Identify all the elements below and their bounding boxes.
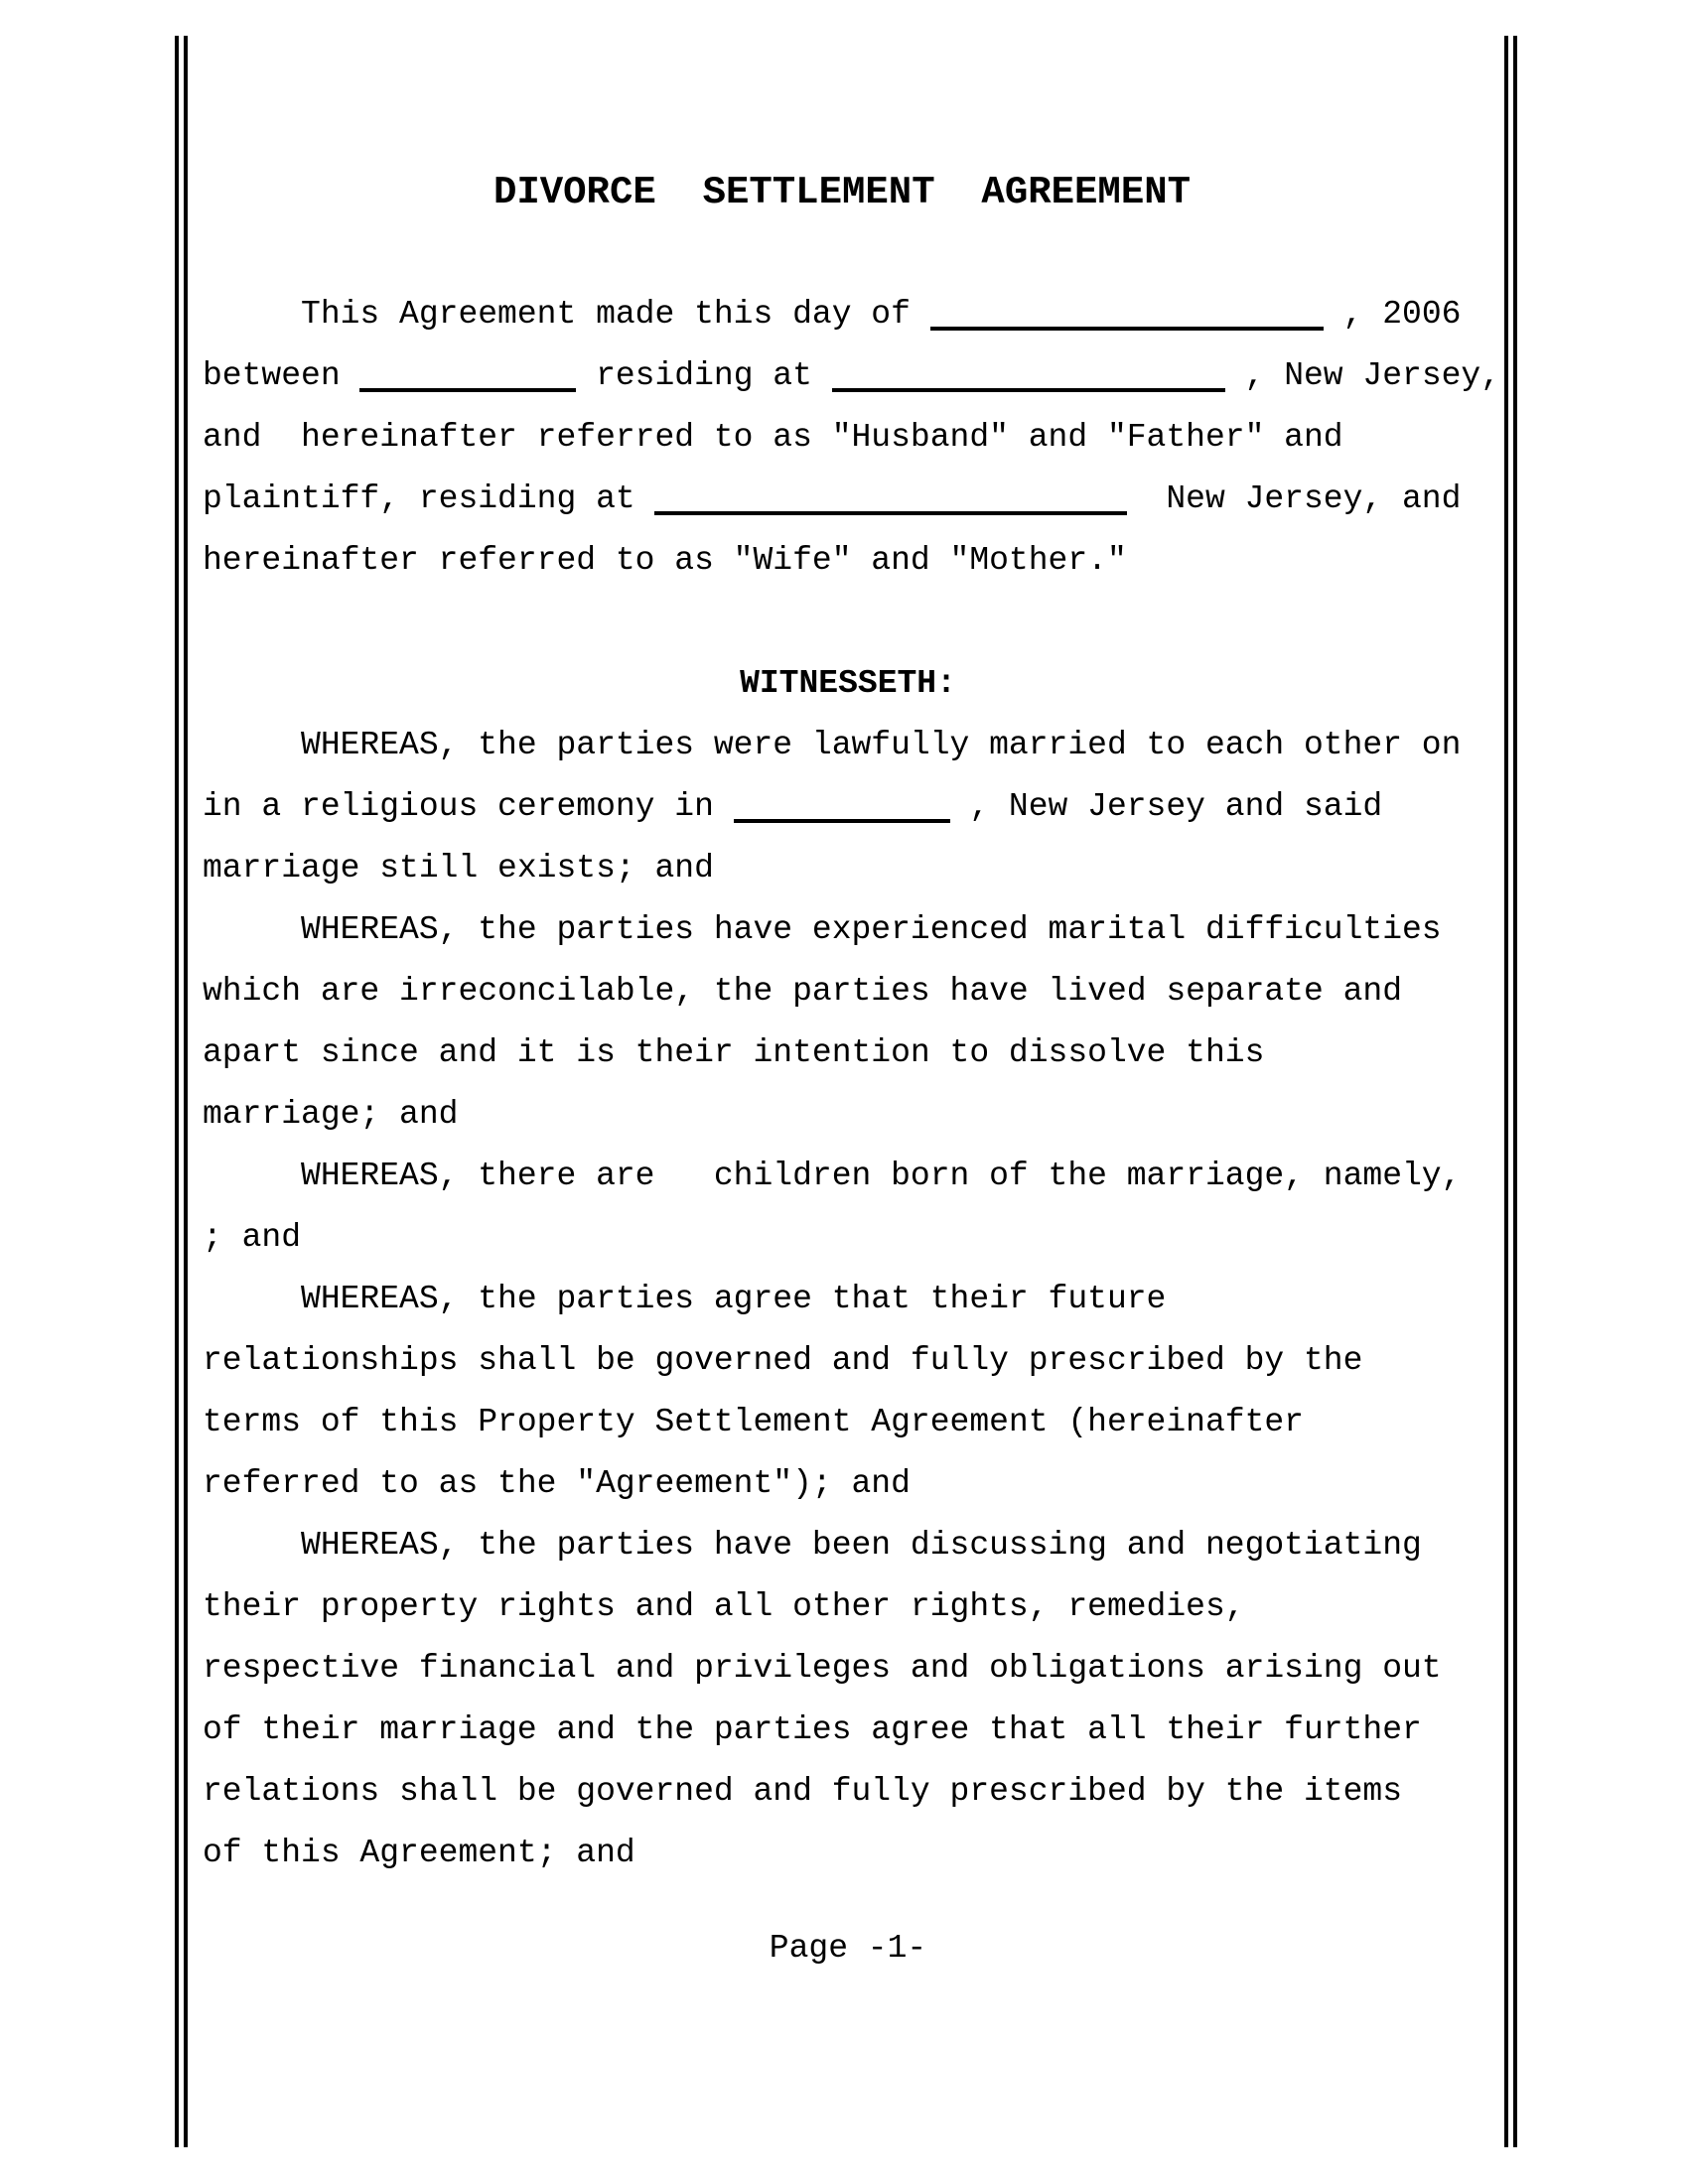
document-line: ; and — [203, 1207, 1493, 1269]
document-line: relationships shall be governed and full… — [203, 1330, 1493, 1392]
document-line: WHEREAS, there are children born of the … — [203, 1146, 1493, 1207]
document-line: plaintiff, residing at New Jersey, and — [203, 469, 1493, 530]
document-text: in a religious ceremony in — [203, 788, 734, 825]
document-text: terms of this Property Settlement Agreem… — [203, 1404, 1304, 1440]
witnesseth-heading: WITNESSETH: — [203, 653, 1493, 715]
document-text: apart since and it is their intention to… — [203, 1034, 1264, 1071]
document-line: WHEREAS, the parties were lawfully marri… — [203, 715, 1493, 776]
document-line: WHEREAS, the parties have experienced ma… — [203, 899, 1493, 961]
document-text: WHEREAS, there are children born of the … — [203, 1158, 1461, 1194]
document-text: relations shall be governed and fully pr… — [203, 1773, 1402, 1810]
document-line: This Agreement made this day of , 2006 — [203, 284, 1493, 345]
document-line: relations shall be governed and fully pr… — [203, 1761, 1493, 1823]
document-line: WHEREAS, the parties have been discussin… — [203, 1515, 1493, 1576]
document-text: between — [203, 357, 359, 394]
document-text: This Agreement made this day of — [203, 296, 930, 333]
document-text: plaintiff, residing at — [203, 480, 654, 517]
document-text: their property rights and all other righ… — [203, 1588, 1245, 1625]
document-line — [203, 592, 1493, 653]
document-text: hereinafter referred to as "Wife" and "M… — [203, 542, 1127, 579]
document-text — [203, 604, 222, 640]
document-text: relationships shall be governed and full… — [203, 1342, 1362, 1379]
document-text: Page -1- — [770, 1930, 926, 1967]
document-line: marriage still exists; and — [203, 838, 1493, 899]
document-line: their property rights and all other righ… — [203, 1576, 1493, 1638]
page-number: Page -1- — [203, 1918, 1493, 1979]
document-text: WHEREAS, the parties have experienced ma… — [203, 911, 1442, 948]
document-text: of their marriage and the parties agree … — [203, 1711, 1422, 1748]
document-text: referred to as the "Agreement"); and — [203, 1465, 911, 1502]
page-border-left — [175, 36, 188, 2147]
document-text: of this Agreement; and — [203, 1835, 635, 1871]
document-line: hereinafter referred to as "Wife" and "M… — [203, 530, 1493, 592]
document-text: which are irreconcilable, the parties ha… — [203, 973, 1402, 1010]
document-text: WHEREAS, the parties have been discussin… — [203, 1527, 1422, 1564]
document-line: referred to as the "Agreement"); and — [203, 1453, 1493, 1515]
document-text: WITNESSETH: — [740, 665, 956, 702]
document-text: and hereinafter referred to as "Husband"… — [203, 419, 1343, 456]
document-text: , 2006 — [1324, 296, 1462, 333]
document-text: WHEREAS, the parties agree that their fu… — [203, 1281, 1166, 1317]
document-title: DIVORCE SETTLEMENT AGREEMENT — [203, 171, 1481, 214]
document-line: of this Agreement; and — [203, 1823, 1493, 1884]
document-page: DIVORCE SETTLEMENT AGREEMENT This Agreem… — [0, 0, 1688, 2184]
document-line: which are irreconcilable, the parties ha… — [203, 961, 1493, 1023]
page-border-right — [1504, 36, 1517, 2147]
document-line: apart since and it is their intention to… — [203, 1023, 1493, 1084]
document-text: ; and — [203, 1219, 301, 1256]
blank-field — [930, 294, 1324, 331]
document-line: WHEREAS, the parties agree that their fu… — [203, 1269, 1493, 1330]
document-line: between residing at , New Jersey, — [203, 345, 1493, 407]
document-line: respective financial and privileges and … — [203, 1638, 1493, 1700]
document-text: New Jersey, and — [1127, 480, 1462, 517]
document-line: terms of this Property Settlement Agreem… — [203, 1392, 1493, 1453]
document-text: marriage; and — [203, 1096, 458, 1133]
document-text: , New Jersey and said — [950, 788, 1383, 825]
document-text: , New Jersey, — [1225, 357, 1500, 394]
blank-field — [654, 478, 1126, 515]
document-line: and hereinafter referred to as "Husband"… — [203, 407, 1493, 469]
document-line: marriage; and — [203, 1084, 1493, 1146]
blank-field — [359, 355, 576, 392]
document-text: respective financial and privileges and … — [203, 1650, 1442, 1687]
document-line: of their marriage and the parties agree … — [203, 1700, 1493, 1761]
blank-field — [734, 786, 950, 823]
document-text: residing at — [576, 357, 831, 394]
document-body: This Agreement made this day of , 2006be… — [203, 284, 1493, 1979]
document-text: WHEREAS, the parties were lawfully marri… — [203, 727, 1461, 763]
document-line: in a religious ceremony in , New Jersey … — [203, 776, 1493, 838]
blank-field — [832, 355, 1225, 392]
document-text: marriage still exists; and — [203, 850, 714, 887]
